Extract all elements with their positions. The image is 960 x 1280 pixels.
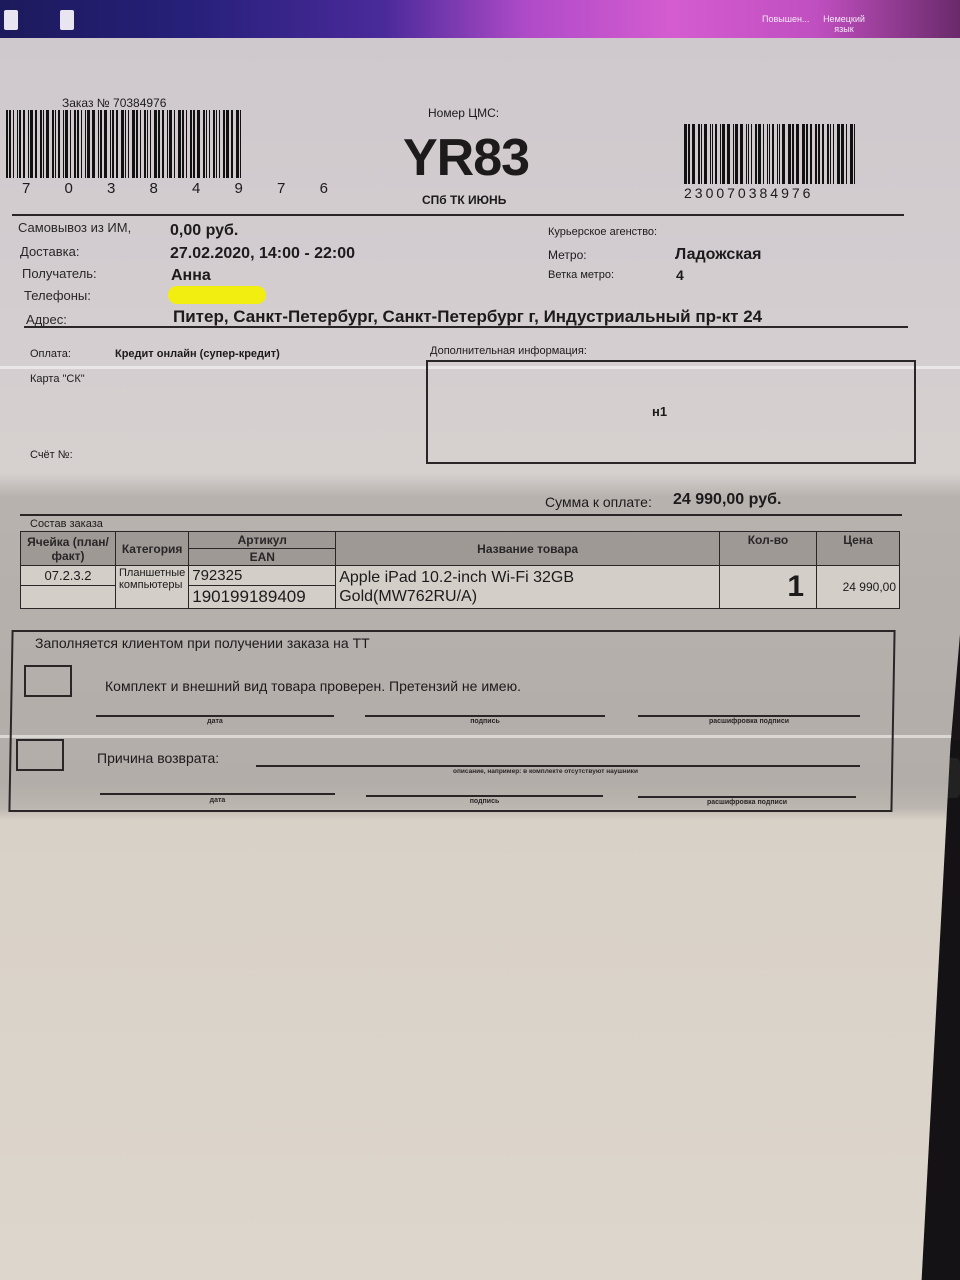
desktop-icon-label: Повышен... [762, 14, 809, 24]
signature-decode-line[interactable] [638, 715, 860, 717]
accept-text: Комплект и внешний вид товара проверен. … [105, 678, 521, 694]
delivery-value: 27.02.2020, 14:00 - 22:00 [170, 245, 355, 263]
order-barcode-digits: 7 0 3 8 4 9 7 6 [22, 180, 343, 197]
divider [20, 514, 902, 516]
signature-caption: подпись [365, 718, 605, 725]
date-caption: дата [96, 718, 334, 725]
payment-label: Оплата: [30, 348, 71, 360]
metro-line-label: Ветка метро: [548, 269, 614, 281]
right-barcode-digits: 230070384976 [684, 185, 813, 201]
return-hint: описание, например: в комплекте отсутств… [453, 768, 693, 775]
delivery-label: Доставка: [20, 244, 79, 259]
col-cell: Ячейка (план/факт) [21, 532, 116, 566]
col-category: Категория [116, 532, 189, 566]
extra-info-value: н1 [652, 404, 667, 419]
signature-decode-caption: расшифровка подписи [638, 718, 860, 725]
pickup-label: Самовывоз из ИМ, [18, 220, 131, 235]
recipient-label: Получатель: [22, 266, 97, 281]
phones-redacted-highlight [168, 286, 266, 304]
col-ean: EAN [189, 549, 336, 566]
desktop-file-icon [4, 10, 18, 30]
divider [24, 326, 908, 328]
return-reason-label: Причина возврата: [97, 750, 219, 766]
pickup-value: 0,00 руб. [170, 222, 238, 240]
desktop-file-icon [60, 10, 74, 30]
address-value: Питер, Санкт-Петербург, Санкт-Петербург … [173, 307, 762, 327]
col-article: Артикул [189, 532, 336, 549]
desktop-icon-label: Немецкий язык [820, 14, 868, 34]
cms-code: YR83 [403, 128, 529, 188]
col-price: Цена [817, 532, 900, 566]
table-row: 07.2.3.2 Планшетные компьютеры 792325 Ap… [21, 566, 900, 586]
phones-label: Телефоны: [24, 288, 91, 303]
order-items-table: Ячейка (план/факт) Категория Артикул Наз… [20, 531, 900, 609]
payment-value: Кредит онлайн (супер-кредит) [115, 348, 280, 360]
extra-info-box [426, 360, 916, 464]
col-name: Название товара [336, 532, 720, 566]
order-number-label: Заказ № 70384976 [62, 96, 166, 110]
divider [12, 214, 904, 216]
recipient-value: Анна [171, 267, 211, 285]
metro-label: Метро: [548, 248, 587, 262]
price: 24 990,00 [817, 566, 900, 609]
order-section-title: Состав заказа [30, 518, 103, 530]
article: 792325 [189, 566, 336, 586]
cell-fact [21, 586, 116, 609]
address-label: Адрес: [26, 312, 67, 327]
col-qty: Кол-во [720, 532, 817, 566]
total-label: Сумма к оплате: [545, 494, 652, 510]
total-value: 24 990,00 руб. [673, 491, 781, 509]
quantity: 1 [720, 566, 817, 609]
product-name: Apple iPad 10.2-inch Wi-Fi 32GB Gold(MW7… [336, 566, 720, 609]
store-name: СПб ТК ИЮНЬ [422, 193, 506, 207]
extra-info-label: Дополнительная информация: [430, 345, 587, 357]
return-reason-line[interactable] [256, 765, 860, 767]
return-signature-decode-caption: расшифровка подписи [638, 799, 856, 806]
cms-label: Номер ЦМС: [428, 106, 499, 120]
return-signature-decode-line[interactable] [638, 796, 856, 798]
date-line[interactable] [96, 715, 334, 717]
metro-value: Ладожская [675, 246, 762, 264]
courier-label: Курьерское агенство: [548, 226, 657, 238]
card-label: Карта "СК" [30, 373, 85, 385]
ean: 190199189409 [189, 586, 336, 609]
signature-line[interactable] [365, 715, 605, 717]
category: Планшетные компьютеры [116, 566, 189, 609]
metro-line-value: 4 [676, 267, 684, 283]
accept-checkbox[interactable] [24, 665, 72, 697]
return-signature-line[interactable] [366, 795, 603, 797]
return-date-line[interactable] [100, 793, 335, 795]
cell-plan: 07.2.3.2 [21, 566, 116, 586]
invoice-label: Счёт №: [30, 449, 73, 461]
client-section-title: Заполняется клиентом при получении заказ… [35, 635, 370, 651]
right-barcode [684, 124, 858, 184]
return-signature-caption: подпись [366, 798, 603, 805]
return-date-caption: дата [100, 797, 335, 804]
order-barcode [6, 110, 264, 178]
return-checkbox[interactable] [16, 739, 64, 771]
